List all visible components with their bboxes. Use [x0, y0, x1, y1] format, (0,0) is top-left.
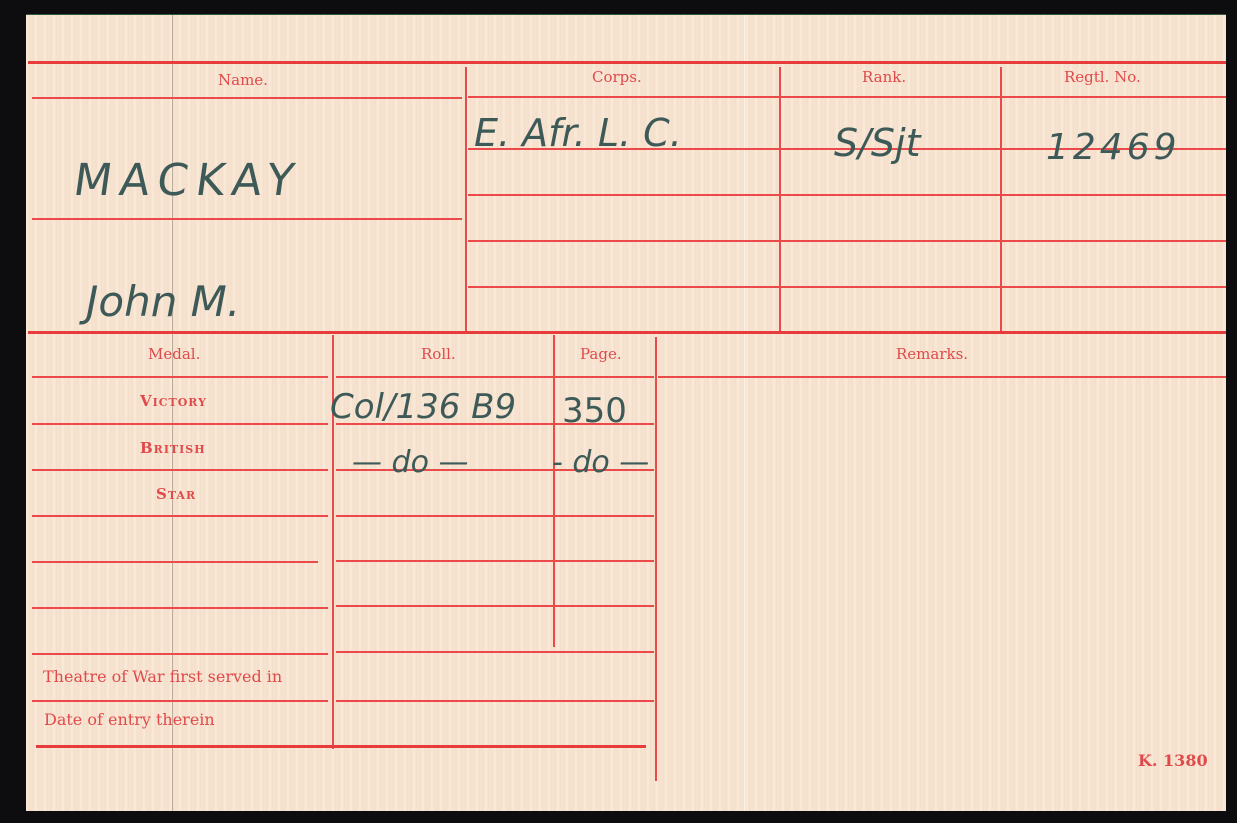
remarks-label: Remarks. — [896, 345, 968, 363]
ruling-mid — [28, 331, 1226, 334]
corps-value: E. Afr. L. C. — [474, 111, 682, 155]
ruling — [658, 376, 1226, 378]
medal-index-card: Name. Corps. Rank. Regtl. No. MACKAY Joh… — [26, 14, 1226, 811]
ruling — [336, 651, 654, 653]
ruling — [468, 96, 1226, 98]
regtl-no-label: Regtl. No. — [1064, 68, 1141, 86]
page-british: - do — — [552, 445, 649, 480]
form-number: K. 1380 — [1138, 751, 1208, 770]
ruling — [336, 700, 654, 702]
ruling — [336, 515, 654, 517]
ruling-vertical — [465, 67, 467, 331]
surname-value: MACKAY — [70, 155, 305, 206]
roll-label: Roll. — [421, 345, 456, 363]
fold-crease — [744, 15, 745, 811]
ruling-vertical — [1000, 67, 1002, 331]
ruling — [468, 286, 1226, 288]
ruling — [336, 560, 654, 562]
medal-label: Medal. — [148, 345, 200, 363]
ruling — [32, 515, 328, 517]
page-victory: 350 — [562, 391, 627, 431]
rank-value: S/Sjt — [834, 121, 921, 165]
forenames-value: John M. — [86, 277, 240, 326]
ruling — [468, 194, 1226, 196]
medal-star: Star — [156, 485, 196, 503]
ruling — [336, 605, 654, 607]
ruling-top — [28, 61, 1226, 64]
ruling — [468, 240, 1226, 242]
roll-victory: Col/136 B9 — [330, 387, 516, 427]
name-label: Name. — [218, 71, 268, 89]
ruling — [32, 423, 328, 425]
ruling-vertical — [655, 337, 657, 781]
medal-british: British — [140, 439, 206, 457]
roll-british: — do — — [352, 445, 468, 480]
rank-label: Rank. — [862, 68, 906, 86]
ruling-vertical — [779, 67, 781, 331]
date-of-entry-label: Date of entry therein — [44, 710, 215, 729]
page-label: Page. — [580, 345, 622, 363]
ruling-vertical — [553, 335, 555, 647]
ruling — [32, 376, 328, 378]
ruling — [32, 607, 328, 609]
corps-label: Corps. — [592, 68, 642, 86]
ruling — [336, 376, 654, 378]
ruling-bottom — [36, 745, 646, 748]
fold-crease — [172, 15, 173, 811]
ruling — [32, 97, 462, 99]
ruling — [32, 561, 318, 563]
medal-victory: Victory — [140, 392, 207, 410]
ruling — [32, 469, 328, 471]
theatre-label: Theatre of War first served in — [43, 667, 282, 686]
ruling — [32, 700, 328, 702]
regtl-no-value: 12469 — [1046, 127, 1181, 168]
ruling — [32, 218, 462, 220]
ruling — [32, 653, 328, 655]
